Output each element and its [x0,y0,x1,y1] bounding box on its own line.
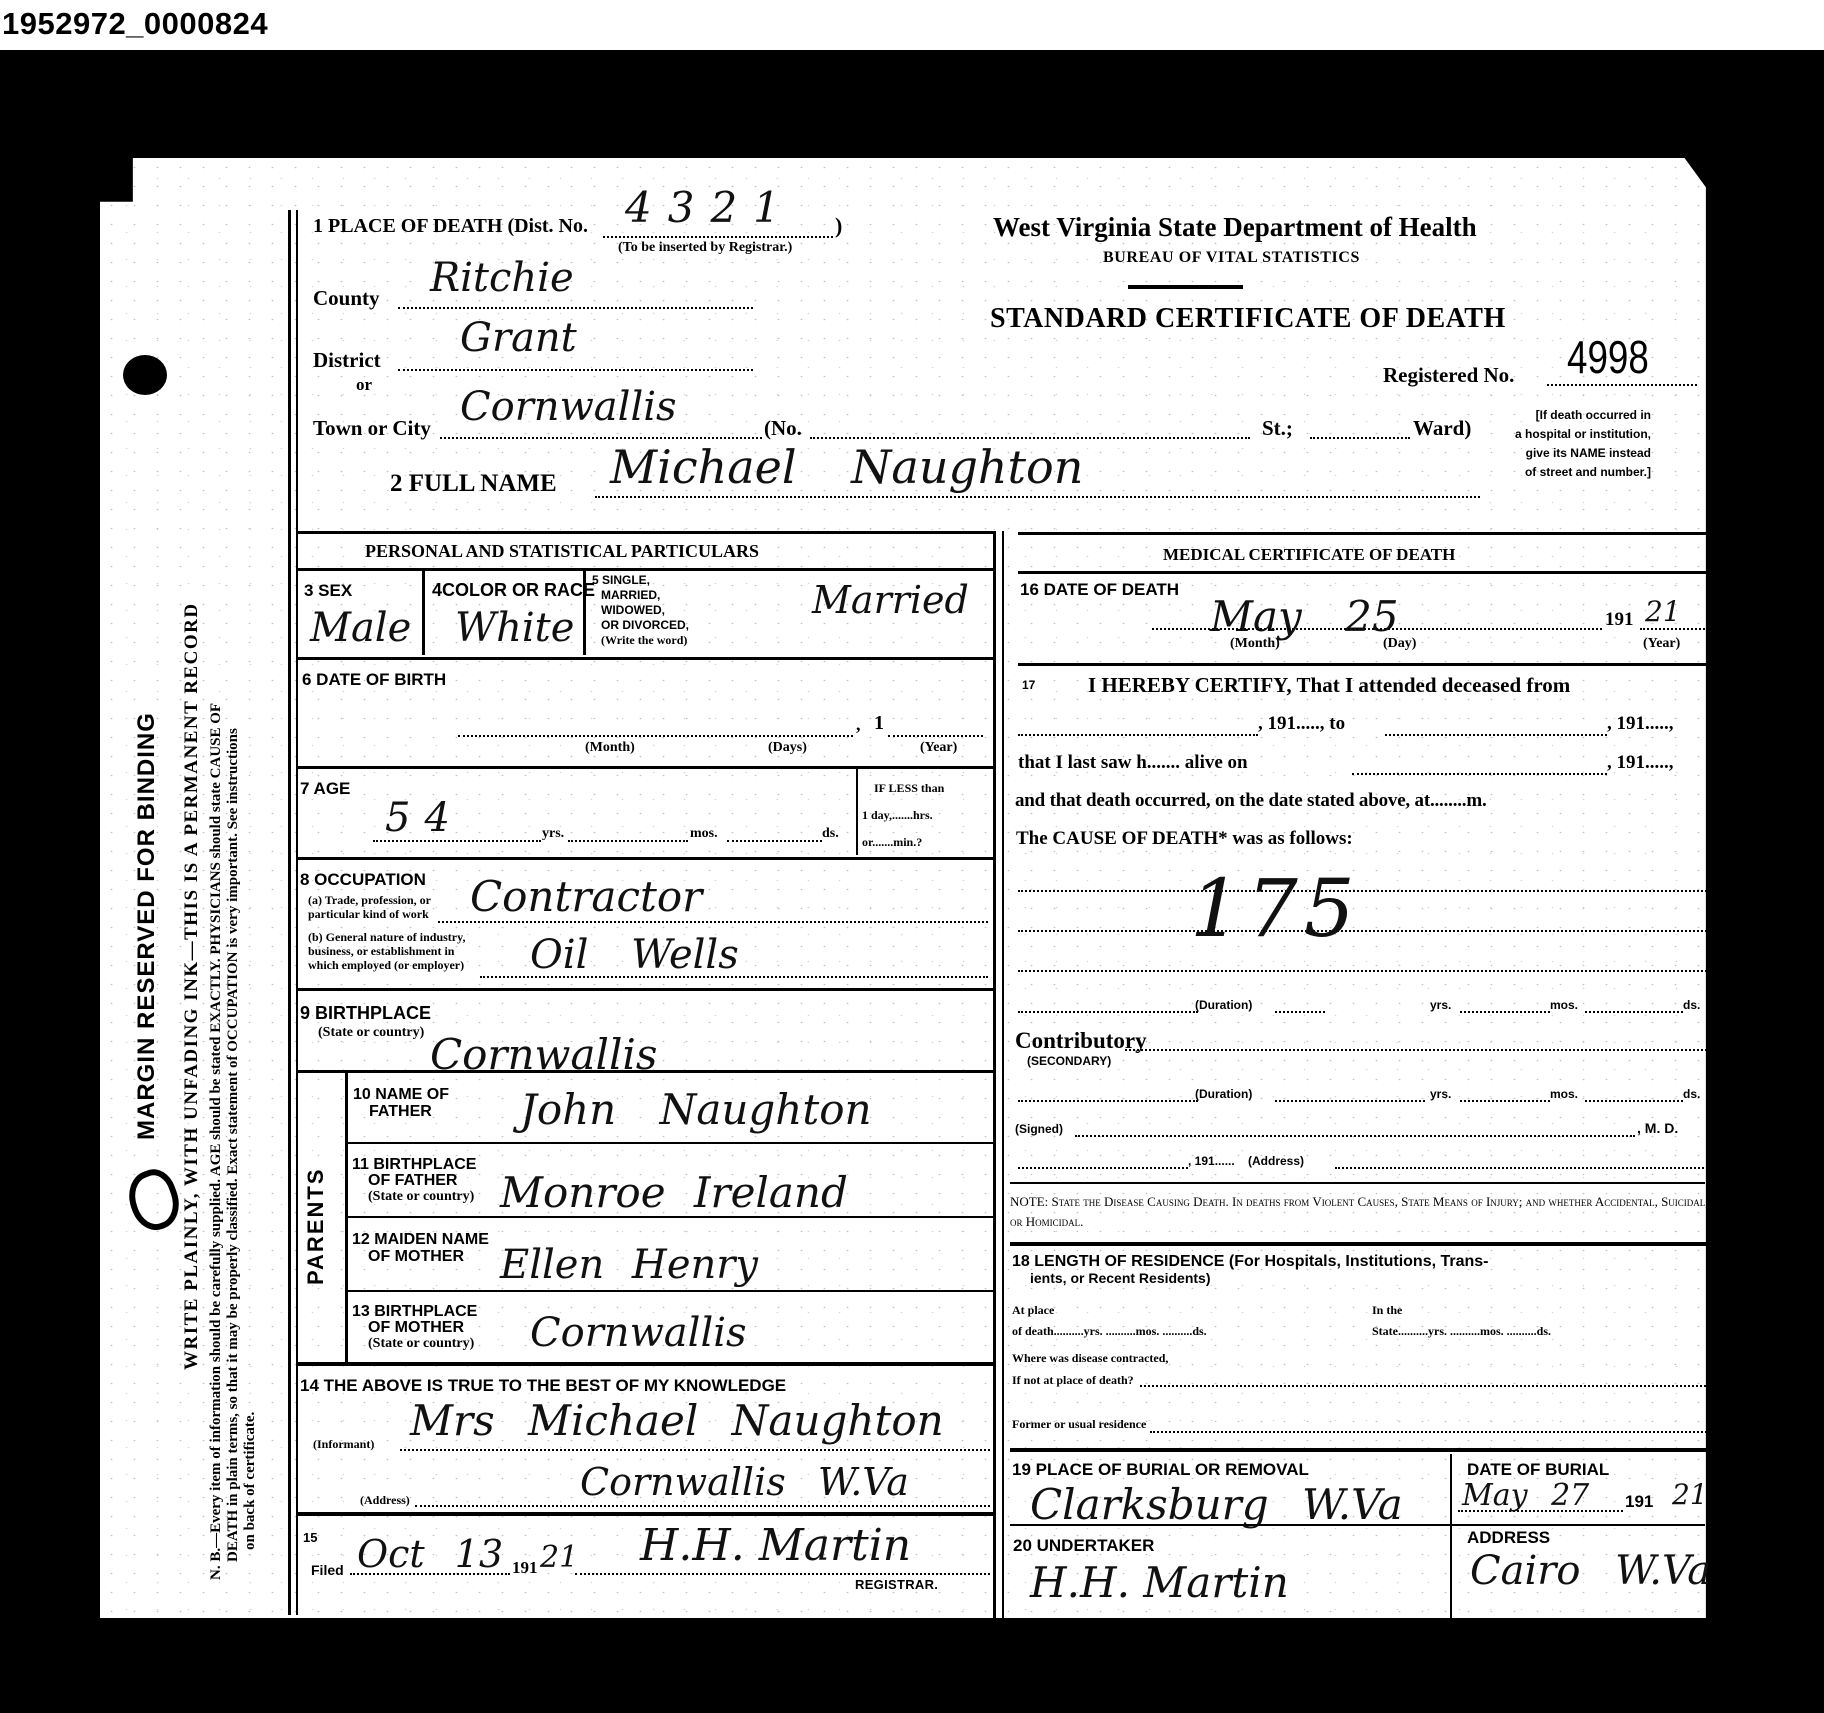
undertaker-address-label: ADDRESS [1467,1528,1550,1548]
father-bp-2: OF FATHER [352,1173,476,1189]
medical-section-title: MEDICAL CERTIFICATE OF DEATH [1163,545,1455,565]
certify-line-3b: , 191....., [1607,752,1674,774]
registrar-signature[interactable]: H.H. Martin [640,1520,911,1571]
age-yrs-label: yrs. [542,826,564,842]
certify-line-3a: that I last saw h....... alive on [1018,752,1248,774]
at-place-label: At place of death..........yrs. ........… [1012,1300,1207,1342]
former-residence-label: Former or usual residence [1012,1417,1146,1432]
town-value[interactable]: Cornwallis [460,384,677,430]
signed-line[interactable] [1075,1135,1635,1137]
duration-2-line [1018,1100,1198,1102]
informant-line [400,1449,990,1451]
duration-1-line [1018,1011,1198,1013]
former-residence-line [1150,1431,1710,1433]
marital-value[interactable]: Married [812,578,969,622]
column-divider [993,531,996,1621]
rule-m2 [1018,663,1713,666]
mother-bp-3: (State or country) [352,1336,477,1352]
street-label: St.; [1262,416,1293,441]
in-state-label: In the State..........yrs. ..........mos… [1372,1300,1551,1342]
informant-value[interactable]: Mrs Michael Naughton [410,1396,944,1445]
occ-b-2: business, or establishment in [308,944,465,958]
column-divider-inner [1002,531,1004,1621]
mother-label-1: 12 MAIDEN NAME [352,1231,489,1248]
form-border-left-inner [296,210,298,1615]
marital-label-5: (Write the word) [592,633,689,648]
or-label: or [356,375,372,395]
rule-7 [345,1142,993,1144]
contributory-line [1125,1049,1711,1051]
rule-m6 [1010,1524,1705,1526]
place-of-death-label: 1 PLACE OF DEATH (Dist. No. [313,215,588,238]
personal-section-title: PERSONAL AND STATISTICAL PARTICULARS [365,541,759,562]
birthplace-sub: (State or country) [318,1025,424,1041]
cause-line-1 [1018,890,1711,892]
filed-date-value[interactable]: Oct 13 [357,1532,503,1576]
duration-1-yrs-line [1275,1011,1325,1013]
secondary-label: (SECONDARY) [1027,1054,1111,1068]
certify-line-1: I HEREBY CERTIFY, That I attended deceas… [1088,673,1570,698]
sex-label: 3 SEX [304,581,352,601]
punch-hole [123,355,167,395]
burial-place-value[interactable]: Clarksburg W.Va [1030,1480,1403,1529]
less-than-2: 1 day,.......hrs. [862,802,944,829]
duration-1-ds-line [1585,1011,1683,1013]
rule-m4 [1010,1242,1710,1246]
dob-comma: , [856,714,861,735]
physician-address-line [1335,1167,1711,1169]
parents-label: PARENTS [303,1168,329,1286]
father-label-2: FATHER [353,1103,449,1120]
burial-date-value[interactable]: May 27 [1462,1478,1589,1513]
dob-month-caption: (Month) [585,740,635,756]
bureau-title: BUREAU OF VITAL STATISTICS [1103,249,1360,267]
age-ds-label: ds. [822,826,839,842]
contracted-line [1140,1385,1710,1387]
undertaker-label: 20 UNDERTAKER [1013,1536,1154,1556]
county-value[interactable]: Ritchie [430,255,574,301]
filed-num: 15 [303,1530,317,1545]
burial-date-label: DATE OF BURIAL [1467,1460,1609,1480]
hospital-note-4: of street and number.] [1515,463,1651,482]
nota-bene-text: N. B.—Every item of information should b… [208,703,259,1580]
certify-from-line [1018,734,1258,736]
registrar-label: REGISTRAR. [855,1577,938,1592]
dob-year-line [888,735,983,737]
age-mos-line [568,840,688,842]
dob-year-caption: (Year) [920,740,957,756]
duration-2-mos-line [1460,1100,1550,1102]
informant-address-label: (Address) [360,1493,410,1508]
dob-year-prefix: 1 [874,712,884,735]
residence-label: 18 LENGTH OF RESIDENCE (For Hospitals, I… [1012,1253,1489,1287]
rule-6 [298,1070,993,1073]
father-bp-3: (State or country) [352,1189,476,1205]
district-value[interactable]: Grant [460,315,577,361]
town-line [440,437,762,439]
undertaker-value[interactable]: H.H. Martin [1030,1558,1289,1607]
rule-3 [298,766,993,769]
duration-1-ds: ds. [1683,998,1700,1012]
mother-name-label: 12 MAIDEN NAME OF MOTHER [352,1231,489,1265]
rule-personal-top [298,531,994,534]
occ-b-1: (b) General nature of industry, [308,930,465,944]
rule-5 [298,988,993,991]
dod-day-caption: (Day) [1383,636,1416,652]
marital-label: 5 SINGLE, MARRIED, WIDOWED, OR DIVORCED,… [592,573,689,648]
marital-label-4: OR DIVORCED, [592,618,689,633]
in-state-1: In the [1372,1300,1551,1321]
rule-1 [298,568,993,571]
rule-medical-top [1018,532,1713,535]
cause-line-2 [1018,930,1711,932]
marital-label-2: MARRIED, [592,588,689,603]
duration-2-mos: mos. [1550,1087,1578,1101]
duration-1-yrs: yrs. [1430,998,1451,1012]
physician-address-label: (Address) [1248,1154,1304,1168]
burial-year-prefix: 191 [1625,1492,1653,1512]
write-plainly-text: WRITE PLAINLY, WITH UNFADING INK—THIS IS… [181,602,203,1370]
full-name-line [595,496,1480,498]
cause-line-3 [1018,970,1711,972]
informant-address-line [415,1505,990,1507]
certify-num: 17 [1022,678,1035,692]
county-label: County [313,286,380,311]
dob-label: 6 DATE OF BIRTH [302,670,446,690]
informant-address-value[interactable]: Cornwallis W.Va [580,1460,909,1504]
race-divider [583,570,586,655]
hospital-note-2: a hospital or institution, [1515,425,1651,444]
marital-label-3: WIDOWED, [592,603,689,618]
occ-a-2: particular kind of work [308,907,431,921]
less-than-3: or.......min.? [862,829,944,856]
department-title: West Virginia State Department of Health [993,212,1477,243]
mother-bp-1: 13 BIRTHPLACE [352,1304,477,1320]
street-line [810,437,1250,439]
race-value[interactable]: White [455,605,574,651]
burial-divider [1450,1454,1452,1619]
father-name-label: 10 NAME OF FATHER [353,1086,449,1120]
hospital-note: [If death occurred in a hospital or inst… [1515,406,1651,482]
duration-1-mos-line [1460,1011,1550,1013]
father-label-1: 10 NAME OF [353,1086,449,1103]
image-id: 1952972_0000824 [2,6,268,42]
certify-line-2b: , 191....., [1607,713,1674,735]
certify-line-2a: , 191....., to [1258,713,1345,735]
filed-label: Filed [311,1562,344,1578]
nb-line-3: on back of certificate. [242,703,259,1580]
contracted-2: If not at place of death? [1012,1369,1168,1391]
father-birthplace-label: 11 BIRTHPLACE OF FATHER (State or countr… [352,1157,476,1205]
age-divider [856,768,858,855]
cause-value[interactable]: 175 [1190,862,1361,955]
rule-2 [298,657,993,660]
registrar-line [575,1573,990,1575]
hospital-note-3: give its NAME instead [1515,444,1651,463]
county-line [398,307,753,309]
hospital-note-1: [If death occurred in [1515,406,1651,425]
image-label-bar: 1952972_0000824 [0,0,1824,50]
residence-label-2: ients, or Recent Residents) [1012,1270,1489,1287]
age-value[interactable]: 54 [385,795,464,841]
mother-label-2: OF MOTHER [352,1248,489,1265]
father-birthplace-value[interactable]: Monroe Ireland [500,1168,848,1217]
form-border-left [288,210,291,1615]
mother-bp-2: OF MOTHER [352,1320,477,1336]
ward-label: Ward) [1413,416,1471,441]
mother-birthplace-label: 13 BIRTHPLACE OF MOTHER (State or countr… [352,1304,477,1352]
signed-date-line [1018,1167,1188,1169]
dist-no-line [603,236,833,238]
sex-divider [422,570,425,655]
registered-no-line [1547,384,1697,386]
occupation-a-label: (a) Trade, profession, or particular kin… [308,893,431,921]
father-name-value[interactable]: John Naughton [520,1085,872,1134]
certify-line-4: and that death occurred, on the date sta… [1015,790,1487,812]
industry-value[interactable]: Oil Wells [530,932,739,978]
occupation-line [438,921,988,923]
sex-value[interactable]: Male [310,605,411,651]
informant-label: (Informant) [313,1437,374,1452]
undertaker-address-value[interactable]: Cairo W.Va [1470,1548,1711,1594]
rule-8 [345,1216,993,1218]
registered-no-value[interactable]: 4998 [1567,330,1649,384]
certify-alive-line [1352,773,1607,775]
registrar-note: (To be inserted by Registrar.) [618,240,792,256]
ward-line [1310,437,1410,439]
mother-name-value[interactable]: Ellen Henry [500,1242,758,1288]
dod-line [1152,628,1602,630]
dist-no-close: ) [835,213,842,239]
residence-label-1: 18 LENGTH OF RESIDENCE (For Hospitals, I… [1012,1253,1489,1270]
birthplace-label: 9 BIRTHPLACE [300,1003,431,1024]
certify-to-line [1385,734,1607,736]
at-place-2: of death..........yrs. ..........mos. ..… [1012,1321,1207,1342]
dod-year-caption: (Year) [1643,636,1680,652]
rule-11 [298,1512,993,1516]
filed-year-prefix: 191 [512,1558,538,1578]
header-rule [1128,285,1243,289]
dist-no-value[interactable]: 4321 [625,183,796,232]
medical-note: NOTE: State the Disease Causing Death. I… [1010,1192,1710,1232]
marital-label-1: 5 SINGLE, [592,573,689,588]
rule-m5 [1010,1448,1710,1452]
md-label: , M. D. [1637,1120,1678,1136]
less-than-1: IF LESS than [862,775,944,802]
duration-1-label: (Duration) [1195,998,1252,1012]
age-mos-label: mos. [690,826,718,842]
district-label: District [313,348,381,373]
occ-a-1: (a) Trade, profession, or [308,893,431,907]
knowledge-label: 14 THE ABOVE IS TRUE TO THE BEST OF MY K… [300,1376,786,1396]
certificate-title: STANDARD CERTIFICATE OF DEATH [990,303,1506,335]
dob-month-day-line [458,735,853,737]
street-no-label: (No. [764,416,802,441]
father-bp-1: 11 BIRTHPLACE [352,1157,476,1173]
burial-year-value[interactable]: 21 [1672,1478,1708,1511]
dod-label: 16 DATE OF DEATH [1020,580,1179,600]
less-than-note: IF LESS than 1 day,.......hrs. or.......… [862,775,944,856]
duration-2-label: (Duration) [1195,1087,1252,1101]
occ-b-3: which employed (or employer) [308,958,465,972]
dod-year-prefix: 191 [1605,609,1634,631]
mother-birthplace-value[interactable]: Cornwallis [530,1310,747,1356]
in-state-2: State..........yrs. ..........mos. .....… [1372,1321,1551,1342]
occupation-value[interactable]: Contractor [470,872,702,921]
town-label: Town or City [313,416,431,441]
at-place-1: At place [1012,1300,1207,1321]
nb-line-2: DEATH in plain terms, so that it may be … [225,703,242,1580]
signed-label: (Signed) [1015,1122,1063,1136]
duration-2-ds: ds. [1683,1087,1700,1101]
occupation-label: 8 OCCUPATION [300,870,426,890]
duration-2-yrs-line [1275,1100,1425,1102]
rule-m1 [1018,571,1713,574]
race-label: 4COLOR OR RACE [432,580,595,601]
dod-month-caption: (Month) [1230,636,1280,652]
filed-year-value[interactable]: 21 [540,1540,578,1575]
burial-place-label: 19 PLACE OF BURIAL OR REMOVAL [1012,1460,1309,1480]
occupation-b-label: (b) General nature of industry, business… [308,930,465,972]
full-name-label: 2 FULL NAME [390,470,557,498]
age-label: 7 AGE [300,779,350,799]
dod-year-line [1640,628,1705,630]
signed-year: , 191...... [1188,1154,1235,1168]
rule-9 [345,1290,993,1292]
duration-2-ds-line [1585,1100,1683,1102]
full-name-value[interactable]: Michael Naughton [610,440,1083,494]
contracted-1: Where was disease contracted, [1012,1347,1168,1369]
rule-10 [298,1362,993,1366]
rule-4 [298,857,993,860]
age-ds-line [727,840,822,842]
age-yrs-line [373,840,541,842]
rule-m3 [1010,1182,1705,1184]
dod-value[interactable]: May 25 [1210,592,1399,641]
duration-2-yrs: yrs. [1430,1087,1451,1101]
district-line [398,369,753,371]
nb-line-1: N. B.—Every item of information should b… [208,703,225,1580]
registered-no-label: Registered No. [1383,363,1514,388]
duration-1-mos: mos. [1550,998,1578,1012]
dob-day-caption: (Days) [768,740,807,756]
dod-year-value[interactable]: 21 [1645,595,1681,628]
margin-reserved-text: MARGIN RESERVED FOR BINDING [133,712,161,1140]
cause-label: The CAUSE OF DEATH* was as follows: [1016,828,1353,850]
